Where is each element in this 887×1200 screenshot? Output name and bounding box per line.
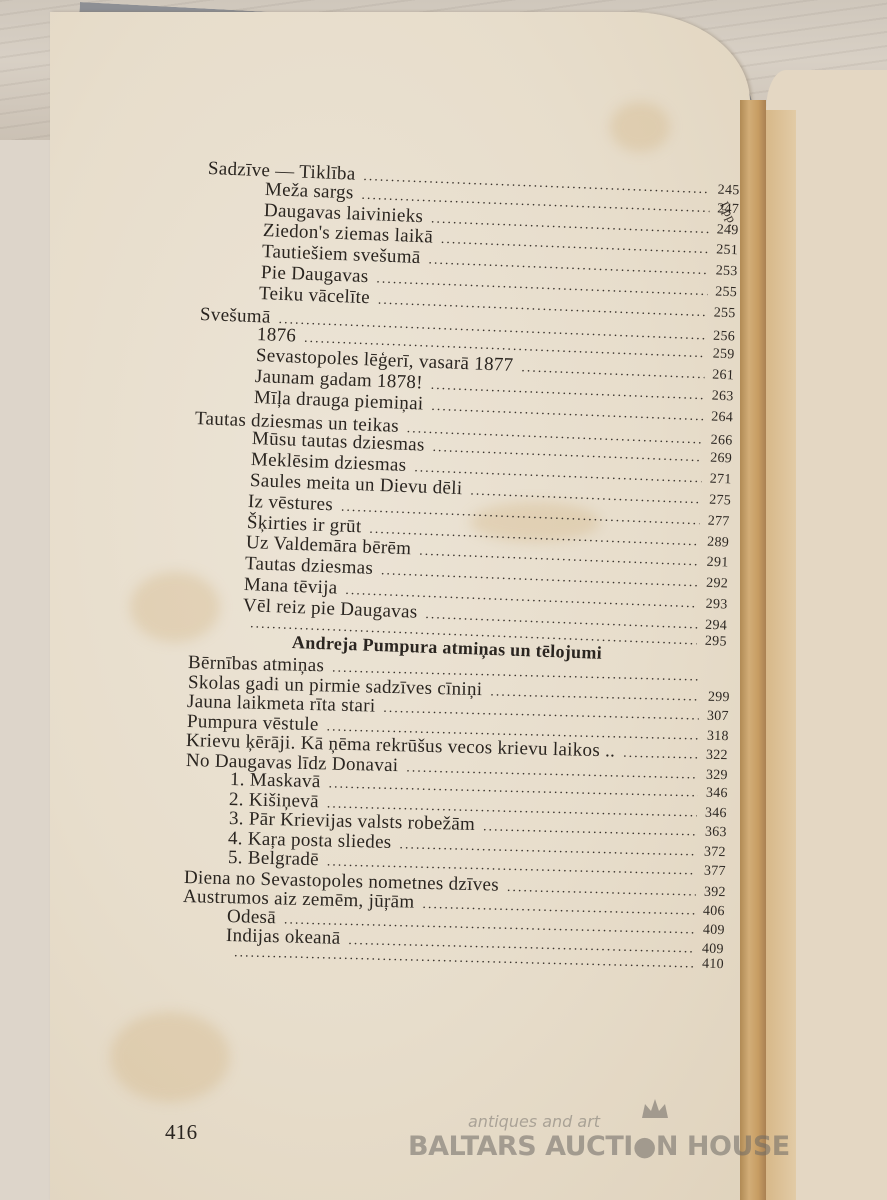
toc-entry-page: 247: [713, 201, 740, 218]
toc-entry-page: 249: [712, 222, 739, 239]
toc-entry-page: 263: [707, 388, 734, 405]
toc-entry-page: 289: [703, 534, 730, 551]
toc-entry-page: 277: [704, 513, 731, 530]
toc-entry-page: 259: [708, 347, 735, 364]
toc-entry-page: 295: [700, 633, 727, 650]
watermark-name: BALTARS AUCTI●N HOUSE: [408, 1131, 790, 1162]
toc-entry-page: 292: [702, 576, 729, 593]
toc-entry-page: 410: [698, 956, 724, 973]
toc-entry-page: 264: [707, 409, 734, 426]
toc-entry-page: 271: [705, 472, 732, 489]
page-number: 416: [165, 1120, 197, 1145]
toc-entry-page: 255: [710, 305, 737, 322]
toc-entry-page: 269: [705, 451, 732, 468]
toc-entry-page: 261: [708, 368, 735, 385]
toc-entry-page: [704, 681, 730, 682]
toc-entry-page: 291: [702, 555, 729, 572]
toc-entry-page: 377: [700, 864, 726, 881]
toc-entry-page: 294: [701, 617, 728, 634]
toc-entry-page: 255: [710, 284, 737, 301]
toc-entry-page: 293: [701, 597, 728, 614]
toc-entry-page: 253: [711, 263, 738, 280]
auction-house-watermark: antiques and art BALTARS AUCTI●N HOUSE: [408, 1098, 808, 1168]
crown-icon: [640, 1098, 670, 1120]
toc-entry-page: 251: [711, 243, 738, 260]
toc-entry-page: 275: [704, 492, 731, 509]
toc-entry-title: Teiku vācelīte: [259, 283, 371, 309]
table-of-contents: Lpp. Sadzīve — Tiklība245Meža sargs247Da…: [0, 0, 887, 1200]
watermark-tagline: antiques and art: [468, 1112, 600, 1131]
